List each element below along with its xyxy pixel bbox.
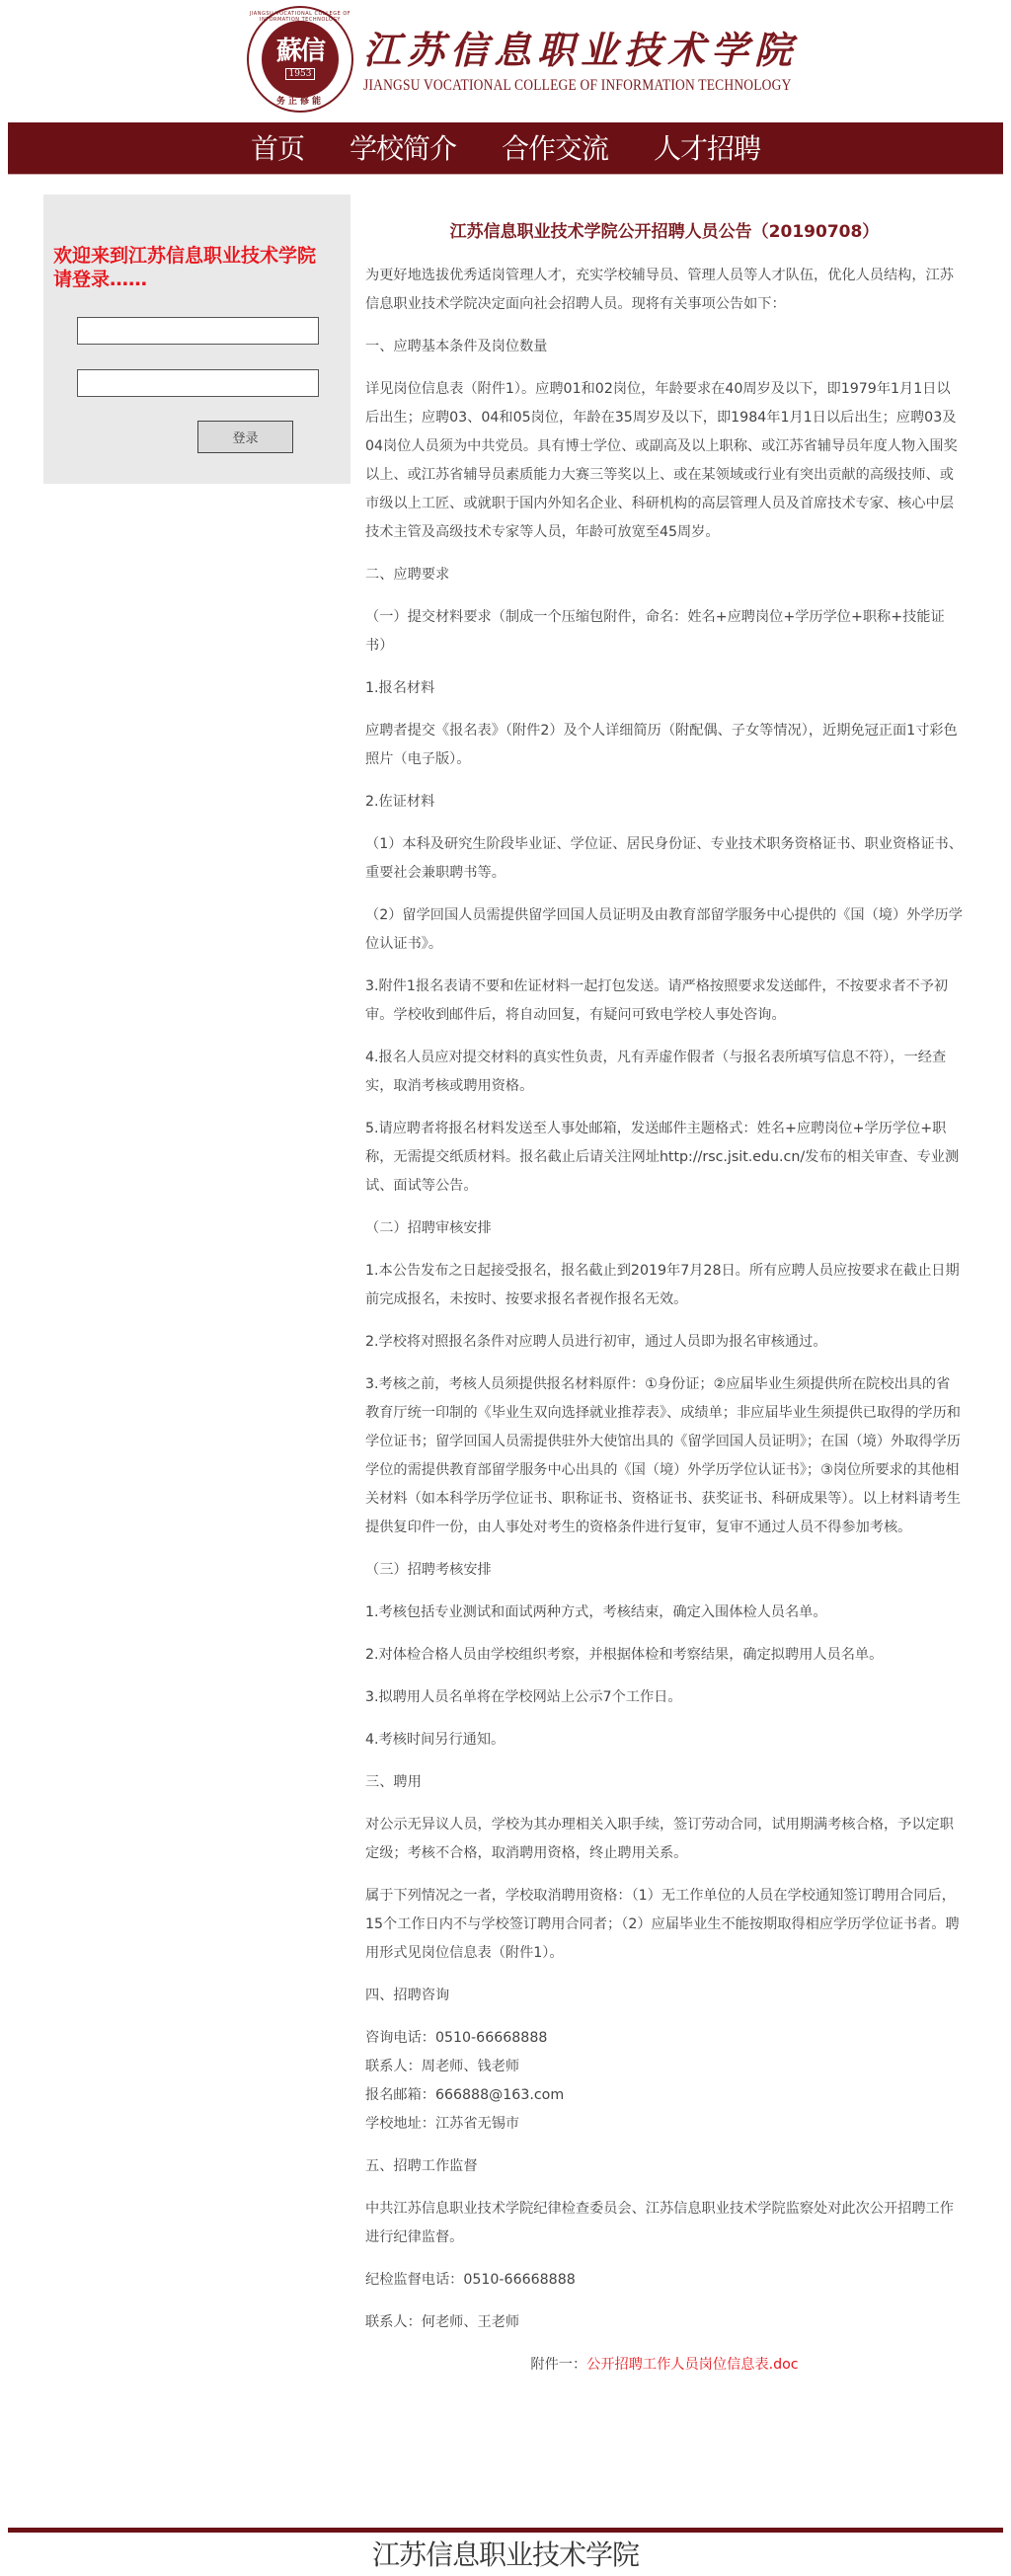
section-heading-1: 一、应聘基本条件及岗位数量 — [365, 333, 964, 361]
subsection-materials: （一）提交材料要求（制成一个压缩包附件，命名：姓名+应聘岗位+学历学位+职称+技… — [365, 603, 964, 661]
article-intro: 为更好地选拔优秀适岗管理人才，充实学校辅导员、管理人员等人才队伍，优化人员结构，… — [365, 262, 964, 319]
seal-emblem-icon: JIANGSU VOCATIONAL COLLEGE OF INFORMATIO… — [247, 6, 353, 113]
item-5: 5.请应聘者将报名材料发送至人事处邮箱，发送邮件主题格式：姓名+应聘岗位+学历学… — [365, 1115, 964, 1201]
login-button[interactable]: 登录 — [197, 421, 293, 453]
item-registration-title: 1.报名材料 — [365, 674, 964, 703]
supervision-phone: 纪检监督电话：0510-66668888 — [365, 2266, 964, 2295]
hiring-paragraph-1: 对公示无异议人员，学校为其办理相关入职手续，签订劳动合同，试用期满考核合格，予以… — [365, 1811, 964, 1868]
supervision-paragraph: 中共江苏信息职业技术学院纪律检查委员会、江苏信息职业技术学院监察处对此次公开招聘… — [365, 2195, 964, 2252]
site-logo[interactable]: JIANGSU VOCATIONAL COLLEGE OF INFORMATIO… — [247, 6, 798, 113]
assessment-item-3: 3.拟聘用人员名单将在学校网站上公示7个工作日。 — [365, 1683, 964, 1712]
item-evidence-b: （2）留学回国人员需提供留学回国人员证明及由教育部留学服务中心提供的《国（境）外… — [365, 901, 964, 959]
section-heading-4: 四、招聘咨询 — [365, 1982, 964, 2010]
article-title: 江苏信息职业技术学院公开招聘人员公告（20190708） — [365, 212, 964, 252]
seal-ring-text: JIANGSU VOCATIONAL COLLEGE OF INFORMATIO… — [249, 11, 351, 23]
subsection-review: （二）招聘审核安排 — [365, 1214, 964, 1243]
consult-address: 学校地址：江苏省无锡市 — [365, 2110, 964, 2139]
announcement-article: 江苏信息职业技术学院公开招聘人员公告（20190708） 为更好地选拔优秀适岗管… — [365, 212, 964, 2380]
review-item-3: 3.考核之前，考核人员须提供报名材料原件：①身份证；②应届毕业生须提供所在院校出… — [365, 1370, 964, 1542]
subsection-assessment: （三）招聘考核安排 — [365, 1556, 964, 1585]
item-evidence-title: 2.佐证材料 — [365, 788, 964, 817]
nav-item-recruitment[interactable]: 人才招聘 — [654, 122, 760, 175]
logo-english-name: JIANGSU VOCATIONAL COLLEGE OF INFORMATIO… — [363, 76, 798, 94]
item-registration-body: 应聘者提交《报名表》（附件2）及个人详细简历（附配偶、子女等情况），近期免冠正面… — [365, 717, 964, 774]
item-evidence-a: （1）本科及研究生阶段毕业证、学位证、居民身份证、专业技术职务资格证书、职业资格… — [365, 830, 964, 888]
consult-phone: 咨询电话：0510-66668888 — [365, 2024, 964, 2053]
nav-item-about[interactable]: 学校简介 — [350, 122, 456, 175]
footer-divider — [8, 2528, 1003, 2533]
item-4: 4.报名人员应对提交材料的真实性负责，凡有弄虚作假者（与报名表所填写信息不符），… — [365, 1044, 964, 1101]
seal-chars: 蘇信 — [276, 39, 324, 64]
section-heading-3: 三、聘用 — [365, 1768, 964, 1797]
username-input[interactable] — [77, 317, 319, 345]
seal-motto: 务正修能 — [249, 94, 351, 107]
review-item-1: 1.本公告发布之日起接受报名，报名截止到2019年7月28日。所有应聘人员应按要… — [365, 1257, 964, 1314]
nav-item-cooperation[interactable]: 合作交流 — [502, 122, 608, 175]
assessment-item-2: 2.对体检合格人员由学校组织考察，并根据体检和考察结果，确定拟聘用人员名单。 — [365, 1641, 964, 1670]
attachment-link[interactable]: 公开招聘工作人员岗位信息表.doc — [586, 2357, 798, 2373]
welcome-line-1: 欢迎来到江苏信息职业技术学院 — [53, 244, 350, 268]
site-header: JIANGSU VOCATIONAL COLLEGE OF INFORMATIO… — [0, 0, 1011, 118]
nav-item-home[interactable]: 首页 — [251, 122, 304, 175]
section-heading-5: 五、招聘工作监督 — [365, 2152, 964, 2181]
attachment-row: 附件一：公开招聘工作人员岗位信息表.doc — [365, 2351, 964, 2380]
attachment-label: 附件一： — [530, 2357, 586, 2373]
review-item-2: 2.学校将对照报名条件对应聘人员进行初审，通过人员即为报名审核通过。 — [365, 1328, 964, 1357]
welcome-line-2: 请登录…… — [53, 268, 350, 291]
welcome-message: 欢迎来到江苏信息职业技术学院 请登录…… — [53, 244, 350, 291]
consult-email: 报名邮箱：666888@163.com — [365, 2081, 964, 2110]
hiring-paragraph-2: 属于下列情况之一者，学校取消聘用资格：（1）无工作单位的人员在学校通知签订聘用合… — [365, 1882, 964, 1968]
footer-text: 江苏信息职业技术学院 — [0, 2536, 1011, 2575]
assessment-item-4: 4.考核时间另行通知。 — [365, 1726, 964, 1755]
assessment-item-1: 1.考核包括专业测试和面试两种方式，考核结束，确定入围体检人员名单。 — [365, 1599, 964, 1627]
seal-year: 1953 — [285, 68, 316, 80]
login-panel: 欢迎来到江苏信息职业技术学院 请登录…… 登录 — [43, 195, 350, 484]
supervision-contact: 联系人：何老师、王老师 — [365, 2308, 964, 2337]
main-nav: 首页 学校简介 合作交流 人才招聘 — [8, 122, 1003, 175]
password-input[interactable] — [77, 369, 319, 397]
consult-contact: 联系人：周老师、钱老师 — [365, 2053, 964, 2081]
section-1-body: 详见岗位信息表（附件1）。应聘01和02岗位，年龄要求在40周岁及以下，即197… — [365, 375, 964, 547]
section-heading-2: 二、应聘要求 — [365, 561, 964, 589]
logo-chinese-name: 江苏信息职业技术学院 — [363, 27, 798, 74]
item-3: 3.附件1报名表请不要和佐证材料一起打包发送。请严格按照要求发送邮件，不按要求者… — [365, 973, 964, 1030]
